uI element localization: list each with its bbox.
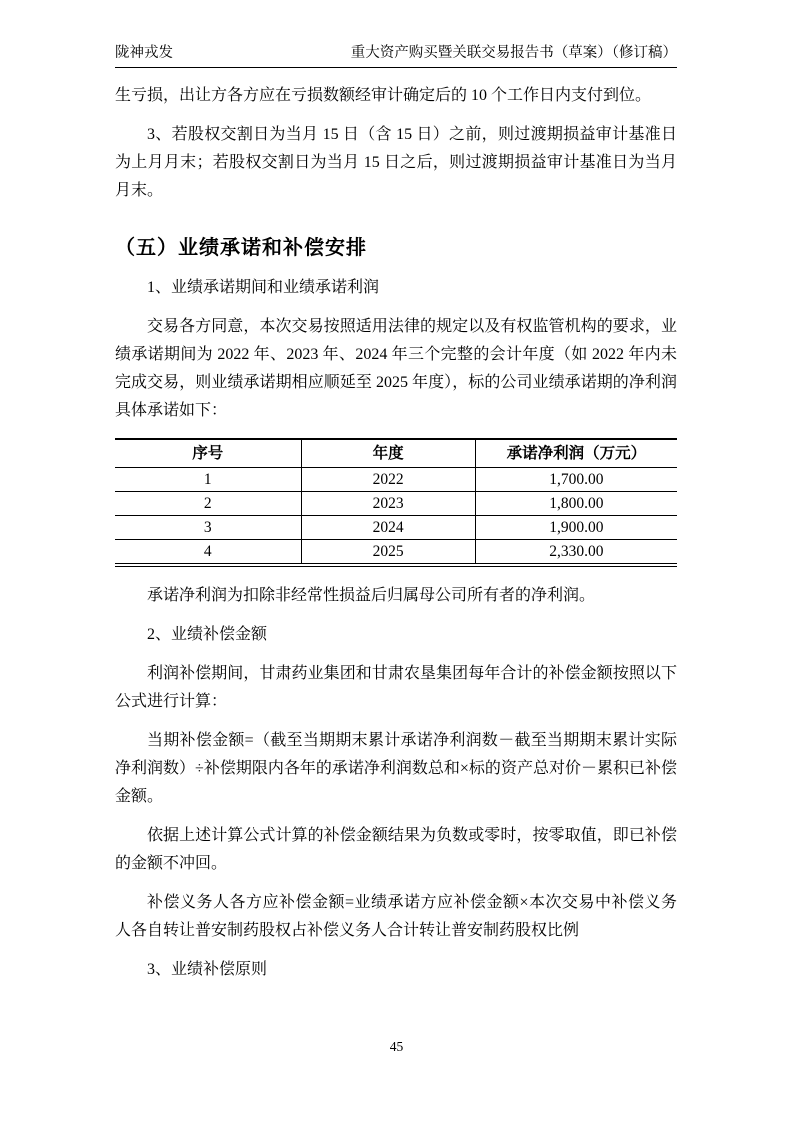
table-header-row: 序号 年度 承诺净利润（万元） xyxy=(115,440,677,468)
paragraph-carryover: 生亏损，出让方各方应在亏损数额经审计确定后的 10 个工作日内支付到位。 xyxy=(115,82,677,110)
cell-year: 2025 xyxy=(301,540,475,564)
paragraph-commitment: 交易各方同意，本次交易按照适用法律的规定以及有权监管机构的要求，业绩承诺期间为 … xyxy=(115,313,677,425)
page-body: 生亏损，出让方各方应在亏损数额经审计确定后的 10 个工作日内支付到位。 3、若… xyxy=(115,80,677,995)
cell-index: 4 xyxy=(115,540,301,564)
paragraph-table-note: 承诺净利润为扣除非经常性损益后归属母公司所有者的净利润。 xyxy=(115,582,677,610)
cell-year: 2024 xyxy=(301,516,475,540)
cell-index: 1 xyxy=(115,468,301,492)
page-footer: 45 xyxy=(0,1036,793,1058)
cell-profit: 1,700.00 xyxy=(475,468,677,492)
page-header: 陇神戎发 重大资产购买暨关联交易报告书（草案）（修订稿） xyxy=(115,44,677,68)
table-row: 2 2023 1,800.00 xyxy=(115,492,677,516)
paragraph-obligor-formula: 补偿义务人各方应补偿金额=业绩承诺方应补偿金额×本次交易中补偿义务人各自转让普安… xyxy=(115,889,677,945)
cell-year: 2023 xyxy=(301,492,475,516)
col-header-index: 序号 xyxy=(115,440,301,468)
table-row: 3 2024 1,900.00 xyxy=(115,516,677,540)
cell-year: 2022 xyxy=(301,468,475,492)
paragraph-zero-rule: 依据上述计算公式计算的补偿金额结果为负数或零时，按零取值，即已补偿的金额不冲回。 xyxy=(115,822,677,878)
cell-index: 3 xyxy=(115,516,301,540)
cell-index: 2 xyxy=(115,492,301,516)
cell-profit: 1,800.00 xyxy=(475,492,677,516)
cell-profit: 1,900.00 xyxy=(475,516,677,540)
section-heading: （五）业绩承诺和补偿安排 xyxy=(115,233,677,263)
header-report-title: 重大资产购买暨关联交易报告书（草案）（修订稿） xyxy=(351,44,677,62)
profit-commitment-table: 序号 年度 承诺净利润（万元） 1 2022 1,700.00 2 2023 1… xyxy=(115,438,677,567)
cell-profit: 2,330.00 xyxy=(475,540,677,564)
table-row: 4 2025 2,330.00 xyxy=(115,540,677,564)
col-header-promised-profit: 承诺净利润（万元） xyxy=(475,440,677,468)
paragraph-formula: 当期补偿金额=（截至当期期末累计承诺净利润数－截至当期期末累计实际净利润数）÷补… xyxy=(115,727,677,811)
subheading-1: 1、业绩承诺期间和业绩承诺利润 xyxy=(115,274,677,302)
subheading-3: 3、业绩补偿原则 xyxy=(115,956,677,984)
col-header-year: 年度 xyxy=(301,440,475,468)
table-row: 1 2022 1,700.00 xyxy=(115,468,677,492)
paragraph-item3: 3、若股权交割日为当月 15 日（含 15 日）之前，则过渡期损益审计基准日为上… xyxy=(115,121,677,205)
document-page: 陇神戎发 重大资产购买暨关联交易报告书（草案）（修订稿） 生亏损，出让方各方应在… xyxy=(0,0,793,1122)
subheading-2: 2、业绩补偿金额 xyxy=(115,621,677,649)
page-number: 45 xyxy=(390,1039,404,1054)
paragraph-formula-intro: 利润补偿期间，甘肃药业集团和甘肃农垦集团每年合计的补偿金额按照以下公式进行计算： xyxy=(115,660,677,716)
header-company-name: 陇神戎发 xyxy=(115,44,173,62)
